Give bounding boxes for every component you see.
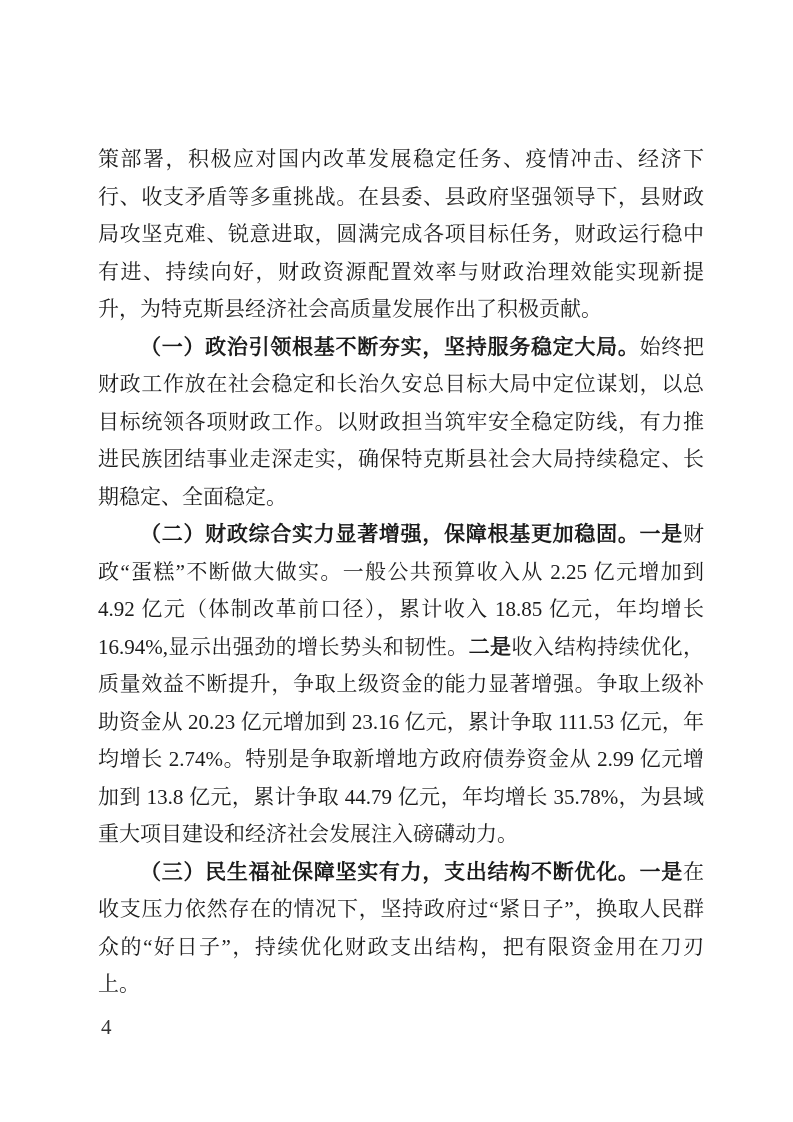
document-body: 策部署，积极应对国内改革发展稳定任务、疫情冲击、经济下行、收支矛盾等多重挑战。在… <box>98 141 704 1004</box>
section-heading: （二）财政综合实力显著增强，保障根基更加稳固。一是 <box>140 522 683 546</box>
paragraph-continuation: 策部署，积极应对国内改革发展稳定任务、疫情冲击、经济下行、收支矛盾等多重挑战。在… <box>98 141 704 329</box>
paragraph-section-1: （一）政治引领根基不断夯实，坚持服务稳定大局。始终把财政工作放在社会稳定和长治久… <box>98 329 704 517</box>
section-heading: （三）民生福祉保障坚实有力，支出结构不断优化。一是 <box>140 860 683 884</box>
inline-enumerator-bold: 二是 <box>469 635 512 659</box>
paragraph-section-3: （三）民生福祉保障坚实有力，支出结构不断优化。一是在收支压力依然存在的情况下，坚… <box>98 854 704 1004</box>
body-text-run: 策部署，积极应对国内改革发展稳定任务、疫情冲击、经济下行、收支矛盾等多重挑战。在… <box>98 147 704 321</box>
body-text-run: 始终把财政工作放在社会稳定和长治久安总目标大局中定位谋划，以总目标统领各项财政工… <box>98 335 704 509</box>
section-heading: （一）政治引领根基不断夯实，坚持服务稳定大局。 <box>140 335 640 359</box>
body-text-run: 收入结构持续优化，质量效益不断提升，争取上级资金的能力显著增强。争取上级补助资金… <box>98 635 704 847</box>
paragraph-section-2: （二）财政综合实力显著增强，保障根基更加稳固。一是财政“蛋糕”不断做大做实。一般… <box>98 516 704 854</box>
page-number: 4 <box>101 1012 112 1042</box>
document-page: 策部署，积极应对国内改革发展稳定任务、疫情冲击、经济下行、收支矛盾等多重挑战。在… <box>0 0 793 1122</box>
